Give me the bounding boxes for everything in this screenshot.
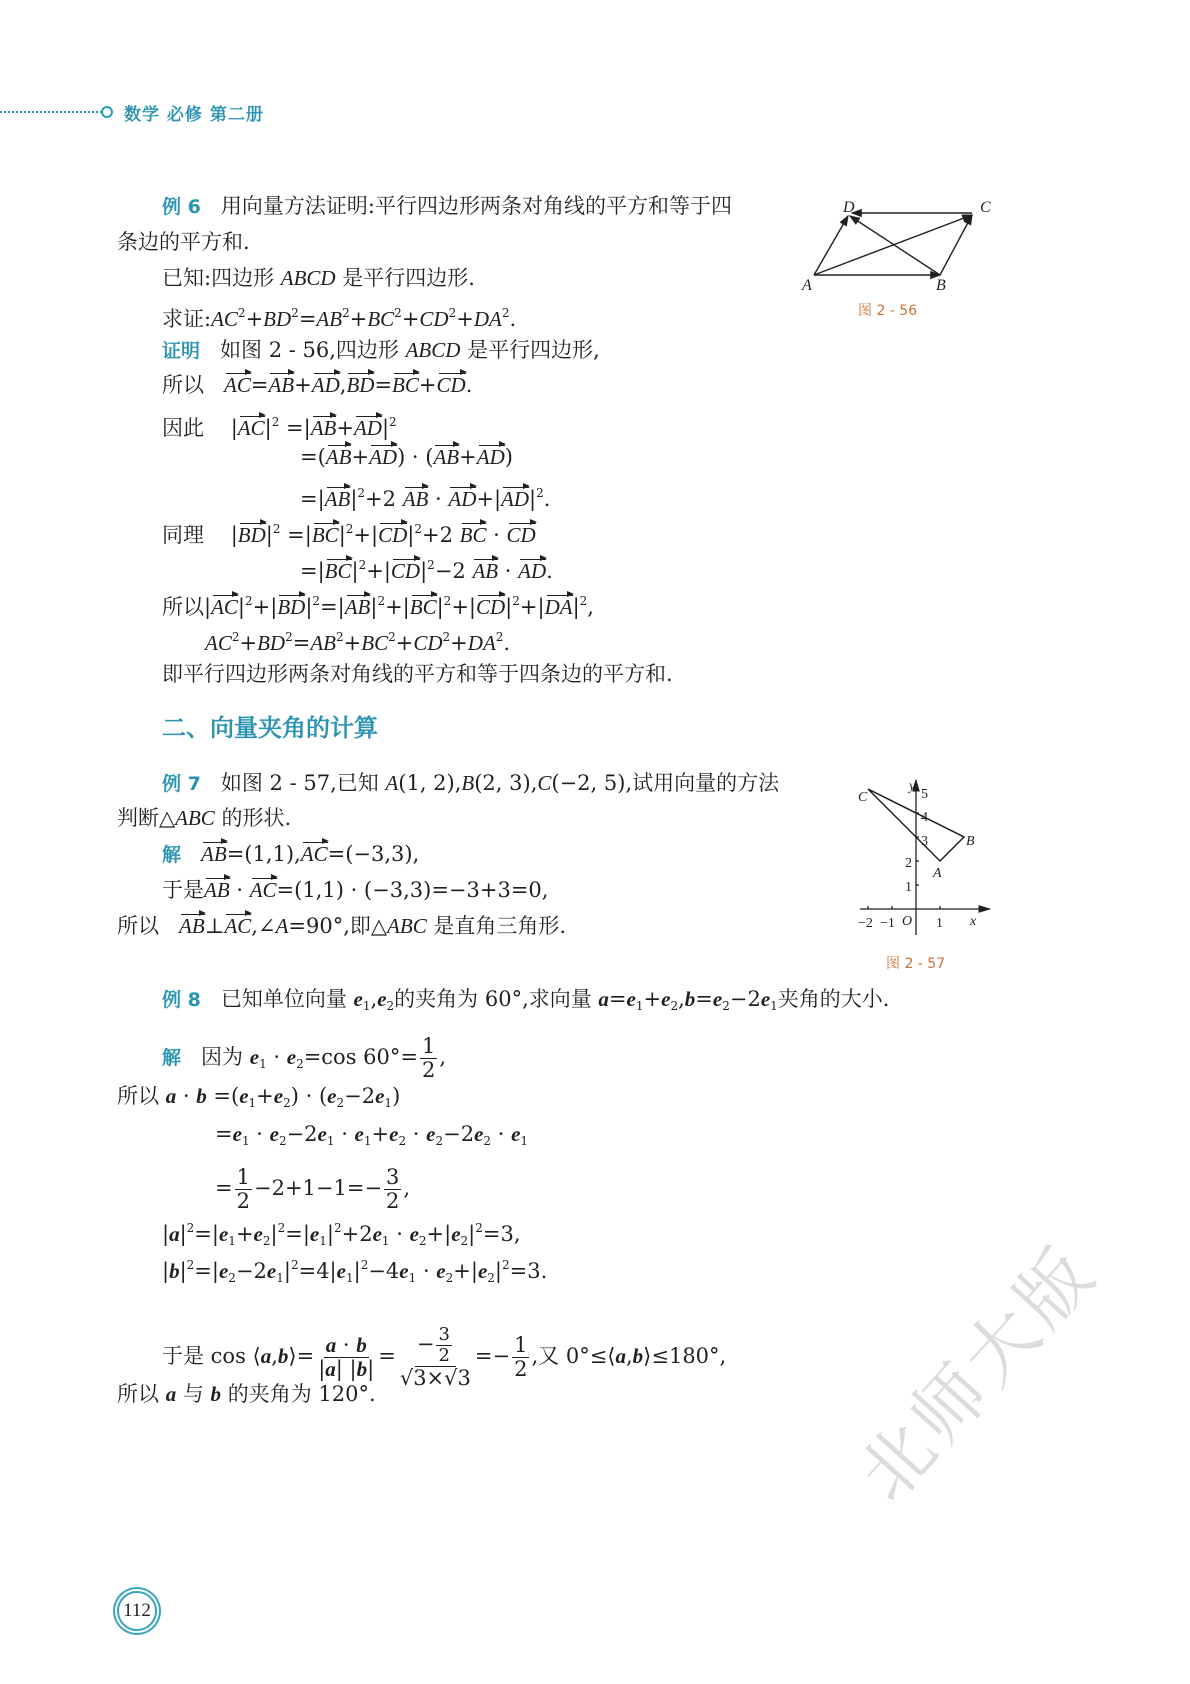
svg-text:−1: −1 <box>880 916 895 931</box>
example8-statement: 例 8 已知单位向量 e1,e2的夹角为 60°,求向量 a=e1+e2,b=e… <box>162 985 889 1020</box>
proof-line9: AC2+BD2=AB2+BC2+CD2+DA2. <box>205 623 510 657</box>
example6-given: 已知:四边形 ABCD 是平行四边形. <box>162 264 475 292</box>
example6-statement: 例 6 用向量方法证明:平行四边形两条对角线的平方和等于四 <box>162 192 732 221</box>
figure-2-56-caption: 图 2 - 56 <box>858 300 917 320</box>
example6-prove: 求证:AC2+BD2=AB2+BC2+CD2+DA2. <box>162 299 516 333</box>
svg-text:4: 4 <box>921 810 928 825</box>
watermark: 北师大版 <box>830 1218 1116 1519</box>
example8-conclusion: 所以 a 与 b 的夹角为 120°. <box>117 1380 376 1408</box>
solution-label-8: 解 <box>162 1047 181 1069</box>
parallelogram-figure: D C A B <box>800 195 1000 295</box>
example8-solution-line4: =12−2+1−1=−32, <box>215 1166 410 1213</box>
example7-label: 例 7 <box>162 773 201 795</box>
example8-solution-line6: |b|2=|e2−2e1|2=4|e1|2−4e1 · e2+|e2|2=3. <box>162 1251 547 1292</box>
svg-text:y: y <box>907 779 916 794</box>
point-D: D <box>842 199 855 216</box>
proof-line8: 所以|AC|2+|BD|2=|AB|2+|BC|2+|CD|2+|DA|2, <box>162 587 594 621</box>
example7-solution-line2: 于是AB · AC=(1,1) · (−3,3)=−3+3=0, <box>162 876 548 904</box>
example8-solution-line2: 所以 a · b =(e1+e2) · (e2−2e1) <box>117 1082 400 1117</box>
svg-text:3: 3 <box>921 834 928 849</box>
point-B: B <box>936 277 946 294</box>
proof-line6: 同理 |BD|2 =|BC|2+|CD|2+2 BC · CD <box>162 515 536 549</box>
proof-label: 证明 <box>162 340 200 362</box>
proof-line3: 因此 |AC|2 =|AB+AD|2 <box>162 408 397 442</box>
svg-text:2: 2 <box>905 856 912 871</box>
proof-line5: =|AB|2+2 AB · AD+|AD|2. <box>300 479 550 513</box>
example8-solution-line1: 解 因为 e1 · e2=cos 60°=12, <box>162 1035 446 1082</box>
svg-text:5: 5 <box>921 787 928 802</box>
section-title: 二、向量夹角的计算 <box>162 714 378 742</box>
solution-label: 解 <box>162 844 181 866</box>
figure-2-57-caption: 图 2 - 57 <box>886 953 945 973</box>
proof-line4: =(AB+AD) · (AB+AD) <box>300 443 513 471</box>
point-C: C <box>980 199 991 216</box>
point-B: B <box>966 834 975 849</box>
point-C: C <box>858 790 868 805</box>
svg-text:1: 1 <box>936 916 943 931</box>
example6-label: 例 6 <box>162 196 201 218</box>
svg-text:O: O <box>902 914 912 929</box>
proof-line7: =|BC|2+|CD|2−2 AB · AD. <box>300 551 553 585</box>
example6-statement-cont: 条边的平方和. <box>117 228 250 256</box>
header-circle-icon <box>101 106 113 118</box>
example8-solution-line5: |a|2=|e1+e2|2=|e1|2+2e1 · e2+|e2|2=3, <box>162 1214 521 1255</box>
example7-statement: 例 7 如图 2 - 57,已知 A(1, 2),B(2, 3),C(−2, 5… <box>162 769 779 798</box>
proof-conclusion: 即平行四边形两条对角线的平方和等于四条边的平方和. <box>162 660 673 688</box>
example7-statement-cont: 判断△ABC 的形状. <box>117 804 291 832</box>
example8-label: 例 8 <box>162 989 201 1011</box>
page-number: 112 <box>117 1591 157 1631</box>
triangle-coordinate-figure: y 5 4 3 2 1 −2 −1 O 1 x C B A <box>850 775 1000 945</box>
proof-line2: 所以 AC=AB+AD,BD=BC+CD. <box>162 371 472 399</box>
svg-text:x: x <box>969 914 977 929</box>
svg-text:−2: −2 <box>858 916 873 931</box>
point-A: A <box>932 866 942 881</box>
book-title: 数学 必修 第二册 <box>124 100 264 125</box>
svg-text:1: 1 <box>905 880 912 895</box>
header-dotted-line <box>0 111 102 113</box>
proof-line1: 证明 如图 2 - 56,四边形 ABCD 是平行四边形, <box>162 336 600 365</box>
example8-solution-line3: =e1 · e2−2e1 · e1+e2 · e2−2e2 · e1 <box>215 1120 528 1155</box>
example7-solution-line3: 所以 AB⊥AC,∠A=90°,即△ABC 是直角三角形. <box>117 912 566 940</box>
point-A: A <box>801 277 812 294</box>
example7-solution-line1: 解 AB=(1,1),AC=(−3,3), <box>162 840 419 869</box>
